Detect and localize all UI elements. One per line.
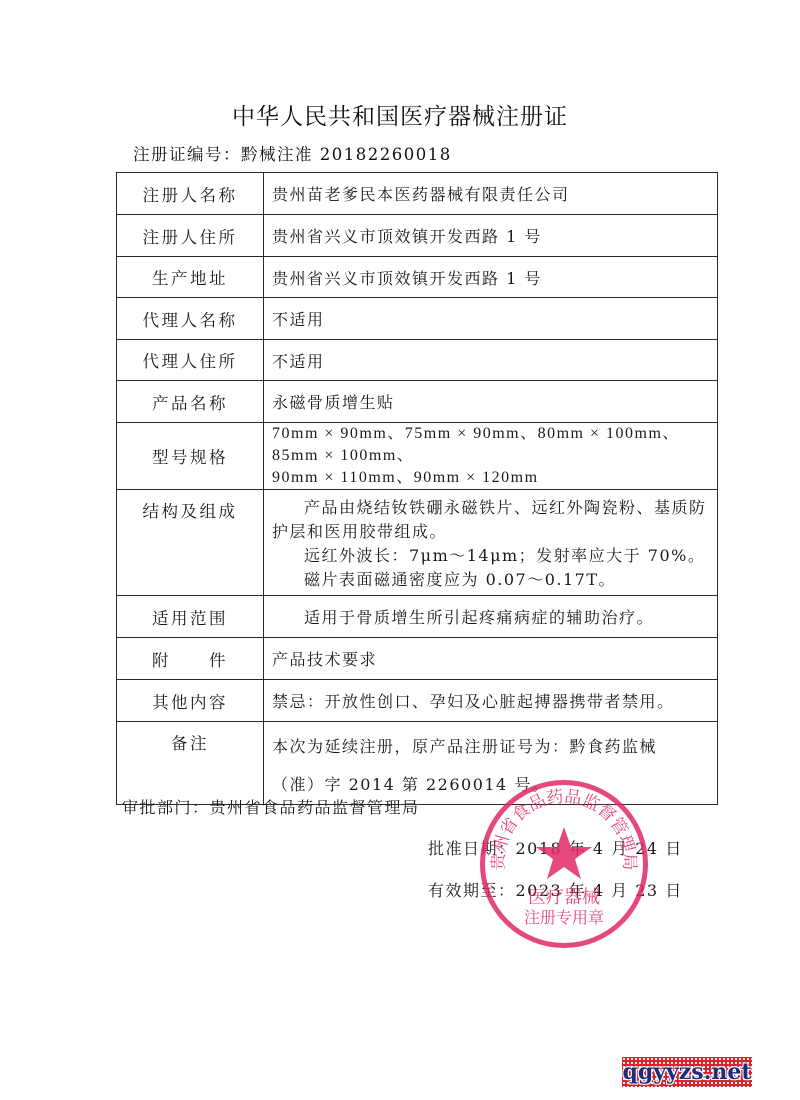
row-label: 代理人名称 (117, 298, 264, 340)
site-watermark: qgyyzs.net (622, 1057, 752, 1087)
row-value: 70mm × 90mm、75mm × 90mm、80mm × 100mm、85m… (264, 423, 718, 490)
row-value: 禁忌：开放性创口、孕妇及心脏起搏器携带者禁用。 (264, 680, 718, 722)
row-value: 贵州省兴义市顶效镇开发西路 1 号 (264, 257, 718, 298)
approval-date: 批准日期：2018 年 4 月 24 日 (428, 836, 683, 859)
row-value: 本次为延续注册，原产品注册证号为：黔食药监械 （准）字 2014 第 22600… (264, 722, 718, 805)
table-row: 注册人住所 贵州省兴义市顶效镇开发西路 1 号 (117, 215, 718, 257)
table-row: 其他内容 禁忌：开放性创口、孕妇及心脏起搏器携带者禁用。 (117, 680, 718, 722)
registration-number: 注册证编号：黔械注准 20182260018 (133, 141, 452, 165)
row-label: 适用范围 (117, 596, 264, 638)
row-value: 不适用 (264, 340, 718, 381)
spec-line-2: 90mm × 110mm、90mm × 120mm (272, 467, 709, 489)
seal-inner-line-2: 注册专用章 (524, 908, 604, 927)
row-label: 型号规格 (117, 423, 264, 490)
table-row: 适用范围 适用于骨质增生所引起疼痛病症的辅助治疗。 (117, 596, 718, 638)
remark-line-1: 本次为延续注册，原产品注册证号为：黔食药监械 (272, 728, 709, 766)
structure-paragraph-2: 远红外波长：7μm～14μm；发射率应大于 70%。 (272, 544, 709, 568)
row-label: 备注 (117, 722, 264, 805)
table-row: 代理人名称 不适用 (117, 298, 718, 340)
row-label: 注册人名称 (117, 173, 264, 215)
row-value: 不适用 (264, 298, 718, 340)
row-label: 产品名称 (117, 381, 264, 423)
registration-number-value: 黔械注准 20182260018 (241, 145, 452, 164)
spec-line-1: 70mm × 90mm、75mm × 90mm、80mm × 100mm、85m… (272, 423, 709, 467)
structure-paragraph-1: 产品由烧结钕铁硼永磁铁片、远红外陶瓷粉、基质防护层和医用胶带组成。 (272, 496, 709, 544)
row-label: 结构及组成 (117, 490, 264, 596)
table-row: 型号规格 70mm × 90mm、75mm × 90mm、80mm × 100m… (117, 423, 718, 490)
row-label: 生产地址 (117, 257, 264, 298)
seal-star-icon: 贵州省食品药品监督管理局 医疗器械 注册专用章 (485, 785, 643, 943)
registration-number-label: 注册证编号： (133, 145, 241, 164)
row-value: 永磁骨质增生贴 (264, 381, 718, 423)
table-row: 备注 本次为延续注册，原产品注册证号为：黔食药监械 （准）字 2014 第 22… (117, 722, 718, 805)
row-label: 其他内容 (117, 680, 264, 722)
official-seal: 贵州省食品药品监督管理局 医疗器械 注册专用章 (480, 780, 648, 948)
row-value: 贵州苗老爹民本医药器械有限责任公司 (264, 173, 718, 215)
watermark-text: qgyyzs.net (622, 1059, 751, 1085)
table-row: 注册人名称 贵州苗老爹民本医药器械有限责任公司 (117, 173, 718, 215)
certificate-table: 注册人名称 贵州苗老爹民本医药器械有限责任公司 注册人住所 贵州省兴义市顶效镇开… (116, 172, 718, 805)
table-row: 附 件 产品技术要求 (117, 638, 718, 680)
table-row: 生产地址 贵州省兴义市顶效镇开发西路 1 号 (117, 257, 718, 298)
row-value: 适用于骨质增生所引起疼痛病症的辅助治疗。 (264, 596, 718, 638)
valid-until-date: 有效期至：2023 年 4 月 23 日 (428, 878, 683, 901)
document-title: 中华人民共和国医疗器械注册证 (0, 98, 800, 131)
row-value: 产品技术要求 (264, 638, 718, 680)
row-label: 附 件 (117, 638, 264, 680)
row-label: 代理人住所 (117, 340, 264, 381)
table-row: 产品名称 永磁骨质增生贴 (117, 381, 718, 423)
table-row: 代理人住所 不适用 (117, 340, 718, 381)
row-label: 注册人住所 (117, 215, 264, 257)
structure-paragraph-3: 磁片表面磁通密度应为 0.07～0.17T。 (272, 568, 709, 592)
row-value: 贵州省兴义市顶效镇开发西路 1 号 (264, 215, 718, 257)
table-row: 结构及组成 产品由烧结钕铁硼永磁铁片、远红外陶瓷粉、基质防护层和医用胶带组成。 … (117, 490, 718, 596)
row-value: 产品由烧结钕铁硼永磁铁片、远红外陶瓷粉、基质防护层和医用胶带组成。 远红外波长：… (264, 490, 718, 596)
approval-department: 审批部门：贵州省食品药品监督管理局 (122, 795, 420, 818)
